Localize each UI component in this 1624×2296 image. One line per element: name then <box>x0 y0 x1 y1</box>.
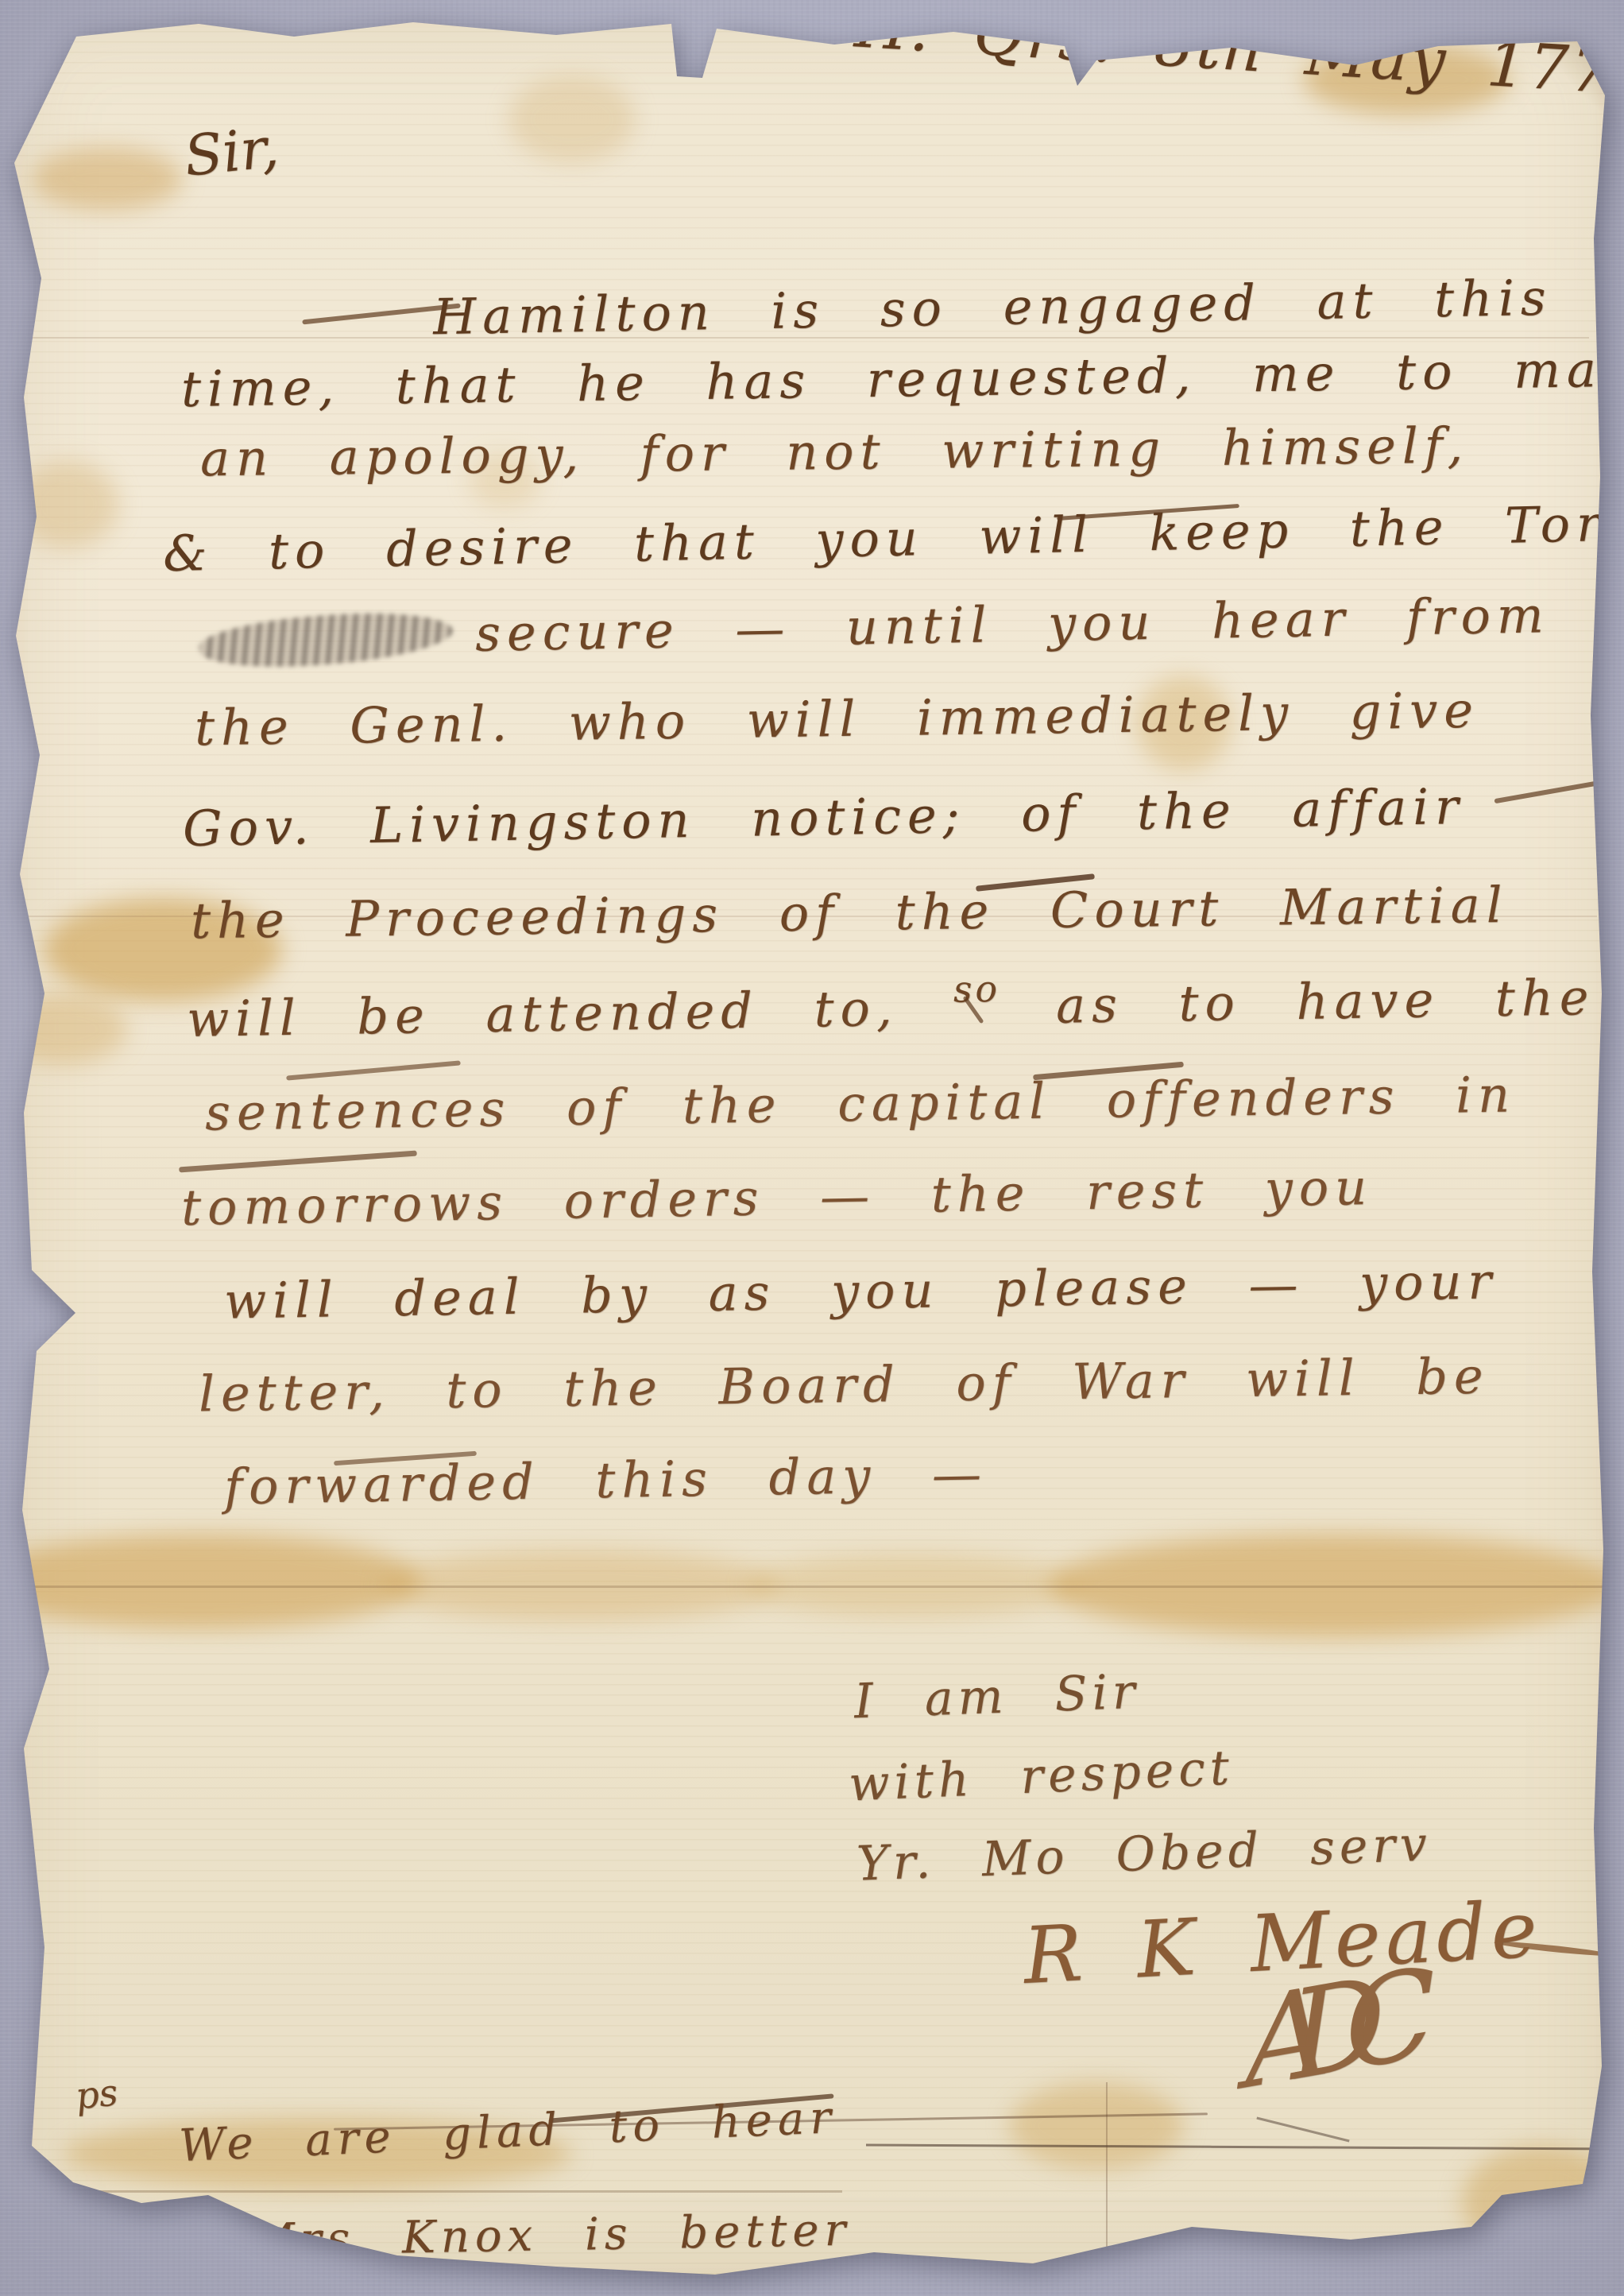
letter-line: will deal by as you please — your <box>224 1252 1498 1330</box>
line-text: sentences of the capital offenders in <box>205 1065 1517 1141</box>
closing-line: Yr. Mo Obed serv <box>856 1816 1433 1891</box>
line-text: the Proceedings of the Court Martial <box>191 876 1509 950</box>
stain <box>32 147 183 211</box>
ink-stroke <box>1494 781 1596 803</box>
photo-of-letter: { "document": { "kind": "handwritten-let… <box>0 0 1624 2296</box>
letter-line: the Genl. who will immediately give <box>195 681 1480 757</box>
ink-stroke <box>179 1151 417 1173</box>
line-text: Hamilton is so engaged at this <box>432 269 1552 347</box>
stain-fold-band <box>0 1534 421 1629</box>
letter-line: tomorrows orders — the rest you <box>180 1158 1373 1237</box>
fold-line <box>48 2190 842 2193</box>
postscript-marker: ps <box>73 2070 119 2117</box>
line-text: Gov. Livingston notice; of the affair <box>182 777 1465 858</box>
line-text-post: as to have the <box>1056 968 1595 1035</box>
stain <box>1462 2146 1621 2257</box>
stain-fold-band <box>747 1554 1081 1617</box>
stain-fold-band <box>1049 1534 1621 1637</box>
letter-paper: H: Qrs. 8th May 1778 Sir, Hamilton is so… <box>0 0 1624 2296</box>
closing-line: I am Sir <box>853 1664 1141 1730</box>
letter-line: an apology, for not writing himself, <box>200 416 1470 488</box>
line-text: & to desire that you will keep the Tory'… <box>162 493 1624 583</box>
line-text: will deal by as you please — your <box>224 1252 1498 1330</box>
crack-line <box>866 2144 1621 2151</box>
salutation: Sir, <box>181 114 281 189</box>
stain-fold-band <box>381 1550 779 1621</box>
line-text-pre: will be attended to, <box>187 979 899 1048</box>
letter-line: Gov. Livingston notice; of the affair <box>182 777 1465 858</box>
letter-line: time, that he has requested, me to make <box>181 339 1624 418</box>
stain <box>508 76 636 163</box>
line-text: secure — until you hear from <box>474 586 1550 663</box>
scribbled-out-word <box>197 604 454 676</box>
stain <box>1009 2082 1184 2170</box>
line-text: tomorrows orders — the rest you <box>180 1158 1373 1237</box>
postscript-line: We are glad to hear <box>178 2092 837 2172</box>
letter-line: will be attended to, so as to have the <box>187 968 1595 1048</box>
line-text: the Genl. who will immediately give <box>195 681 1480 757</box>
vertical-crease <box>1106 2082 1108 2281</box>
postscript-line: that Mrs Knox is better <box>89 2205 852 2270</box>
letter-line: letter, to the Board of War will be <box>199 1347 1491 1423</box>
letter-line: forwarded this day — <box>223 1445 988 1516</box>
stain <box>0 993 127 1065</box>
line-text: letter, to the Board of War will be <box>199 1347 1491 1423</box>
line-text: time, that he has requested, me to make <box>181 339 1624 418</box>
docket-date: H: Qrs. 8th May 1778 <box>853 0 1624 110</box>
ink-stroke <box>286 1060 461 1080</box>
line-text: an apology, for not writing himself, <box>200 416 1470 488</box>
letter-line: secure — until you hear from <box>198 586 1550 668</box>
letter-line: sentences of the capital offenders in <box>205 1065 1517 1141</box>
letter-line: Hamilton is so engaged at this <box>432 269 1552 347</box>
signature-monogram: ADC <box>1242 1947 1398 2116</box>
paper-shadow: H: Qrs. 8th May 1778 Sir, Hamilton is so… <box>0 0 1624 2296</box>
fold-line <box>16 1586 1613 1588</box>
inserted-word: so <box>953 966 1000 1010</box>
stain <box>16 461 119 548</box>
line-text: forwarded this day — <box>223 1445 988 1516</box>
closing-line: with respect <box>848 1740 1235 1812</box>
letter-line: & to desire that you will keep the Tory'… <box>162 493 1624 583</box>
letter-line: the Proceedings of the Court Martial <box>191 876 1509 950</box>
crack-line <box>1256 2117 1349 2143</box>
